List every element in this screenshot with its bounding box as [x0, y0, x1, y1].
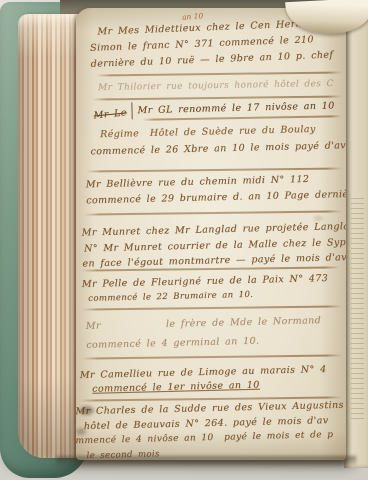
entry-line: Mr GL renommé le 17 nivôse an 10	[131, 97, 346, 120]
ledger-entry-8: Mr Camellieu rue de Limoge au marais N° …	[80, 363, 327, 397]
next-page-edge	[344, 2, 368, 468]
entry-line: Mr Thilorier rue toujours honoré hôtel d…	[98, 76, 334, 96]
manuscript-photo: an 10 Mr Mes Midettieux chez le Cen Herm…	[0, 0, 368, 480]
ink-stain	[76, 428, 86, 435]
ruled-separator-line	[82, 305, 342, 310]
ink-stain	[80, 406, 94, 415]
ink-stain	[314, 216, 323, 221]
ledger-entry-5: Mr Munret chez Mr Langlad rue projetée L…	[81, 218, 346, 272]
ledger-entry-4: Mr Bellièvre rue du chemin midi N° 112 c…	[86, 171, 346, 210]
ledger-entry-3: Mr Le Mr GL renommé le 17 nivôse an 10 R…	[87, 97, 346, 161]
ledger-entry-2: Mr Thilorier rue toujours honoré hôtel d…	[98, 76, 334, 96]
book-bottom-shadow	[56, 456, 356, 468]
ledger-entry-7: Mr le frère de Mde le Normand commencé l…	[86, 311, 322, 355]
ruled-separator-line	[96, 71, 342, 76]
manuscript-page: an 10 Mr Mes Midettieux chez le Cen Herm…	[76, 8, 346, 460]
ledger-entry-6: Mr Pelle de Fleurigné rue de la Paix N° …	[82, 271, 329, 307]
struck-out-word: Mr Le	[93, 104, 128, 124]
ledger-entry-9: Mr Charles de la Sudde rue des Vieux Aug…	[76, 399, 345, 460]
ruled-separator-line	[82, 354, 342, 359]
page-edge-stack	[18, 14, 84, 458]
ruled-separator-line	[84, 210, 342, 215]
